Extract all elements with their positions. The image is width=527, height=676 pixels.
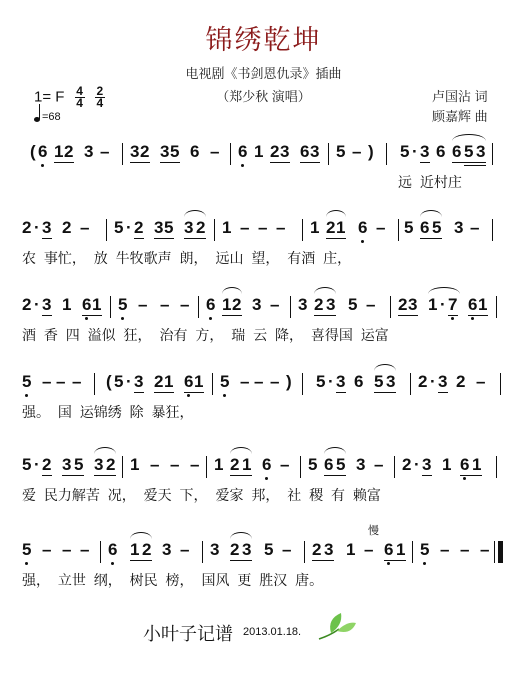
barline — [394, 456, 395, 478]
dash: – — [240, 372, 249, 392]
underline — [62, 475, 84, 476]
note: 5 — [22, 540, 31, 560]
dash: – — [100, 142, 109, 162]
note: · — [414, 455, 420, 475]
note: 6 — [184, 372, 193, 392]
underline — [460, 475, 482, 476]
underline — [452, 162, 486, 163]
note: · — [126, 218, 132, 238]
lyrics: 爱 民力解苦 况， 爱天 下， 爱家 邦， 社 稷 有 赖富 — [22, 485, 381, 505]
note: 1 — [222, 218, 231, 238]
transcriber-signature: 小叶子记谱 — [143, 620, 233, 646]
note: · — [430, 372, 436, 392]
note: 5 — [336, 455, 345, 475]
dash: – — [80, 218, 89, 238]
note: 2 — [456, 372, 465, 392]
note: 5 — [118, 295, 127, 315]
barline — [94, 373, 95, 395]
dash: – — [150, 455, 159, 475]
tie-arc — [230, 447, 252, 454]
note: 3 — [356, 455, 365, 475]
note: 1 — [336, 218, 345, 238]
note: ) — [286, 372, 292, 392]
note: 2 — [142, 540, 151, 560]
dash: – — [270, 372, 279, 392]
note: 5 — [114, 218, 123, 238]
underline — [130, 162, 150, 163]
underline — [468, 315, 488, 316]
note: 5 — [22, 372, 31, 392]
underline — [160, 162, 180, 163]
note: 7 — [448, 295, 457, 315]
dash: – — [282, 540, 291, 560]
underline — [384, 560, 406, 561]
lyrics: 农 事忙， 放 牛牧歌声 朗， 远山 望， 有酒 庄， — [22, 248, 351, 268]
note: 3 — [94, 455, 103, 475]
note: 2 — [230, 455, 239, 475]
barline — [300, 456, 301, 478]
note: 5 — [264, 540, 273, 560]
note: 3 — [42, 295, 51, 315]
dash: – — [276, 218, 285, 238]
note: · — [34, 218, 40, 238]
note: 6 — [324, 455, 333, 475]
leaf-icon — [317, 611, 357, 641]
note: 3 — [242, 540, 251, 560]
low-octave-dot — [361, 240, 364, 243]
dash: – — [42, 540, 51, 560]
barline — [106, 219, 107, 241]
score-line: 5·235321–––1216–5653–2·3161爱 民力解苦 况， 爱天 … — [0, 455, 527, 515]
underline — [42, 475, 52, 476]
underline — [230, 560, 252, 561]
note: 5 — [74, 455, 83, 475]
underline — [336, 392, 346, 393]
note: 2 — [22, 218, 31, 238]
dash: – — [160, 295, 169, 315]
underline — [314, 315, 336, 316]
note: 3 — [252, 295, 261, 315]
note: 2 — [42, 455, 51, 475]
note: 5 — [400, 142, 409, 162]
underline — [184, 238, 206, 239]
underline — [398, 315, 418, 316]
score-line: 2·32–5·235321–––1216–5653–农 事忙， 放 牛牧歌声 朗… — [0, 218, 527, 278]
underline — [270, 162, 290, 163]
low-octave-dot — [85, 317, 88, 320]
dash: – — [42, 372, 51, 392]
barline — [500, 373, 501, 395]
song-subtitle: 电视剧《书剑恩仇录》插曲 — [0, 63, 527, 82]
tempo-slow-marking: 慢 — [368, 522, 379, 538]
note: 6 — [190, 142, 199, 162]
underline — [54, 162, 74, 163]
note: ) — [368, 142, 374, 162]
barline — [492, 143, 493, 165]
note: · — [328, 372, 334, 392]
note: · — [412, 142, 418, 162]
low-octave-dot — [463, 477, 466, 480]
note: 3 — [310, 142, 319, 162]
underline — [230, 475, 252, 476]
note: 2 — [64, 142, 73, 162]
note: 5 — [316, 372, 325, 392]
lyrics: 远 近村庄 — [398, 172, 462, 192]
underline — [94, 475, 116, 476]
underline — [420, 238, 442, 239]
note: 2 — [270, 142, 279, 162]
low-octave-dot — [451, 317, 454, 320]
note: 6 — [206, 295, 215, 315]
time-signature-2-4: 24 — [95, 86, 105, 109]
dash: – — [374, 455, 383, 475]
barline — [202, 541, 203, 563]
dash: – — [240, 218, 249, 238]
note: 2 — [418, 372, 427, 392]
dash: – — [62, 540, 71, 560]
underline — [42, 315, 52, 316]
note: 6 — [262, 455, 271, 475]
note: 2 — [106, 455, 115, 475]
underline — [154, 238, 174, 239]
underline — [374, 392, 396, 393]
note: · — [126, 372, 132, 392]
dash: – — [80, 540, 89, 560]
note: 3 — [162, 540, 171, 560]
dash: – — [180, 540, 189, 560]
low-octave-dot — [241, 164, 244, 167]
note: 5 — [348, 295, 357, 315]
barline — [302, 373, 303, 395]
note: 1 — [214, 455, 223, 475]
lyrics: 强。 国 运锦绣 除 暴狂， — [22, 402, 194, 422]
note: 2 — [230, 540, 239, 560]
note: 1 — [92, 295, 101, 315]
note: 6 — [460, 455, 469, 475]
low-octave-dot — [387, 562, 390, 565]
note: 1 — [478, 295, 487, 315]
note: 6 — [108, 540, 117, 560]
barline — [100, 541, 101, 563]
underline — [326, 238, 346, 239]
note: 1 — [130, 455, 139, 475]
barline — [290, 296, 291, 318]
dash: – — [170, 455, 179, 475]
note: 3 — [438, 372, 447, 392]
note: 6 — [82, 295, 91, 315]
barline — [390, 296, 391, 318]
dash: – — [476, 372, 485, 392]
note: 3 — [336, 372, 345, 392]
dash: – — [352, 142, 361, 162]
note: 6 — [358, 218, 367, 238]
barline — [304, 541, 305, 563]
barline — [386, 143, 387, 165]
note: 2 — [326, 218, 335, 238]
dash: – — [254, 372, 263, 392]
note: 5 — [404, 218, 413, 238]
note: 2 — [314, 295, 323, 315]
note: · — [34, 455, 40, 475]
dash: – — [376, 218, 385, 238]
note: 2 — [232, 295, 241, 315]
note: 3 — [134, 372, 143, 392]
barline — [206, 456, 207, 478]
underline — [464, 165, 486, 166]
note: 1 — [222, 295, 231, 315]
note: 3 — [130, 142, 139, 162]
barline — [198, 296, 199, 318]
note: 1 — [254, 142, 263, 162]
barline — [230, 143, 231, 165]
note: 1 — [396, 540, 405, 560]
barline — [496, 296, 497, 318]
barline — [410, 373, 411, 395]
dash: – — [56, 372, 65, 392]
note: 1 — [428, 295, 437, 315]
note: 2 — [398, 295, 407, 315]
barline — [328, 143, 329, 165]
lyrics: 酒 香 四 溢似 狂， 治有 方， 瑞 云 降， 喜得国 运富 — [22, 325, 389, 345]
note: 2 — [196, 218, 205, 238]
note: 3 — [386, 372, 395, 392]
note: 3 — [280, 142, 289, 162]
low-octave-dot — [223, 394, 226, 397]
score-line: 5–––6123–3235–231–615–––强， 立世 纲， 树民 榜， 国… — [0, 540, 527, 600]
low-octave-dot — [121, 317, 124, 320]
dash: – — [258, 218, 267, 238]
tie-arc — [374, 364, 396, 371]
tie-arc — [314, 287, 336, 294]
note: 3 — [84, 142, 93, 162]
note: 6 — [238, 142, 247, 162]
note: 1 — [346, 540, 355, 560]
note: 5 — [114, 372, 123, 392]
note: ( — [106, 372, 112, 392]
dash: – — [210, 142, 219, 162]
note: 3 — [408, 295, 417, 315]
tie-arc — [230, 532, 252, 539]
barline — [122, 143, 123, 165]
time-signature-4-4: 44 — [75, 86, 85, 109]
note: 1 — [242, 455, 251, 475]
lyricist-credit: 卢国沾 词 — [432, 86, 488, 105]
underline — [134, 238, 144, 239]
tie-arc — [130, 532, 152, 539]
score-line: (6123–32356–6123635–)5·36653远 近村庄 — [0, 142, 527, 202]
underline — [42, 238, 52, 239]
song-title: 锦绣乾坤 — [0, 18, 527, 57]
note: 6 — [468, 295, 477, 315]
underline — [420, 162, 430, 163]
note: 1 — [62, 295, 71, 315]
transcription-date: 2013.01.18. — [243, 626, 301, 638]
note: 5 — [164, 218, 173, 238]
dash: – — [180, 295, 189, 315]
dash: – — [440, 540, 449, 560]
low-octave-dot — [41, 164, 44, 167]
underline — [422, 475, 432, 476]
barline — [302, 219, 303, 241]
tie-arc — [326, 210, 346, 217]
note: 3 — [476, 142, 485, 162]
note: 6 — [452, 142, 461, 162]
dash: – — [460, 540, 469, 560]
note: 5 — [170, 142, 179, 162]
note: 3 — [326, 295, 335, 315]
note: 3 — [210, 540, 219, 560]
barline — [398, 219, 399, 241]
dash: – — [72, 372, 81, 392]
low-octave-dot — [187, 394, 190, 397]
barline — [212, 373, 213, 395]
low-octave-dot — [265, 477, 268, 480]
note: 5 — [432, 218, 441, 238]
note: 1 — [310, 218, 319, 238]
underline — [448, 315, 458, 316]
underline — [154, 392, 174, 393]
note: 3 — [422, 455, 431, 475]
key-signature: 1= F 44 24 — [34, 86, 105, 109]
barline — [122, 456, 123, 478]
low-octave-dot — [25, 394, 28, 397]
low-octave-dot — [209, 317, 212, 320]
note: 1 — [194, 372, 203, 392]
note: 6 — [436, 142, 445, 162]
tie-arc — [94, 447, 116, 454]
tie-arc — [420, 210, 442, 217]
dash: – — [190, 455, 199, 475]
note: 2 — [134, 218, 143, 238]
note: 2 — [140, 142, 149, 162]
composer-credit: 顾嘉辉 曲 — [432, 106, 488, 125]
note: 6 — [300, 142, 309, 162]
note: ( — [30, 142, 36, 162]
note: 6 — [354, 372, 363, 392]
note: 3 — [298, 295, 307, 315]
dash: – — [470, 218, 479, 238]
barline — [492, 219, 493, 241]
underline — [130, 560, 152, 561]
note: 3 — [324, 540, 333, 560]
score-line: 5–––(5·321615–––)5·36532·32–强。 国 运锦绣 除 暴… — [0, 372, 527, 432]
underline — [300, 162, 320, 163]
note: 3 — [154, 218, 163, 238]
underline — [312, 560, 334, 561]
note: 2 — [312, 540, 321, 560]
underline — [134, 392, 144, 393]
note: 3 — [420, 142, 429, 162]
dash: – — [270, 295, 279, 315]
note: 5 — [22, 455, 31, 475]
key-label: 1= F — [34, 88, 64, 105]
note: 2 — [154, 372, 163, 392]
note: 3 — [184, 218, 193, 238]
note: 5 — [420, 540, 429, 560]
note: 2 — [22, 295, 31, 315]
dash: – — [364, 540, 373, 560]
low-octave-dot — [111, 562, 114, 565]
note: 3 — [454, 218, 463, 238]
dash: – — [138, 295, 147, 315]
note: 1 — [472, 455, 481, 475]
note: 5 — [308, 455, 317, 475]
underline — [184, 392, 204, 393]
note: 5 — [336, 142, 345, 162]
note: 5 — [374, 372, 383, 392]
tie-arc — [428, 287, 460, 294]
note: 6 — [384, 540, 393, 560]
note: 2 — [62, 218, 71, 238]
barline — [496, 456, 497, 478]
note: 1 — [442, 455, 451, 475]
tie-arc — [324, 447, 346, 454]
note: 1 — [164, 372, 173, 392]
barline — [214, 219, 215, 241]
underline — [324, 475, 346, 476]
note: 1 — [54, 142, 63, 162]
dash: – — [480, 540, 489, 560]
underline — [82, 315, 102, 316]
note: · — [440, 295, 446, 315]
tempo-marking: =68 — [34, 111, 61, 123]
note: 6 — [38, 142, 47, 162]
underline — [222, 315, 242, 316]
dash: – — [366, 295, 375, 315]
dash: – — [280, 455, 289, 475]
note: 5 — [220, 372, 229, 392]
low-octave-dot — [423, 562, 426, 565]
tie-arc — [184, 210, 206, 217]
note: 6 — [420, 218, 429, 238]
note: 3 — [62, 455, 71, 475]
tie-arc — [452, 134, 486, 141]
final-barline — [498, 541, 503, 563]
barline — [110, 296, 111, 318]
quarter-note-icon — [34, 117, 40, 122]
score-line: 2·31615–––6123–3235–231·761酒 香 四 溢似 狂， 治… — [0, 295, 527, 355]
note: 3 — [160, 142, 169, 162]
note: 2 — [402, 455, 411, 475]
low-octave-dot — [471, 317, 474, 320]
note: 5 — [464, 142, 473, 162]
tie-arc — [222, 287, 242, 294]
note: · — [34, 295, 40, 315]
note: 3 — [42, 218, 51, 238]
underline — [438, 392, 448, 393]
barline — [412, 541, 413, 563]
low-octave-dot — [25, 562, 28, 565]
lyrics: 强， 立世 纲， 树民 榜， 国风 更 胜汉 唐。 — [22, 570, 323, 590]
note: 1 — [130, 540, 139, 560]
